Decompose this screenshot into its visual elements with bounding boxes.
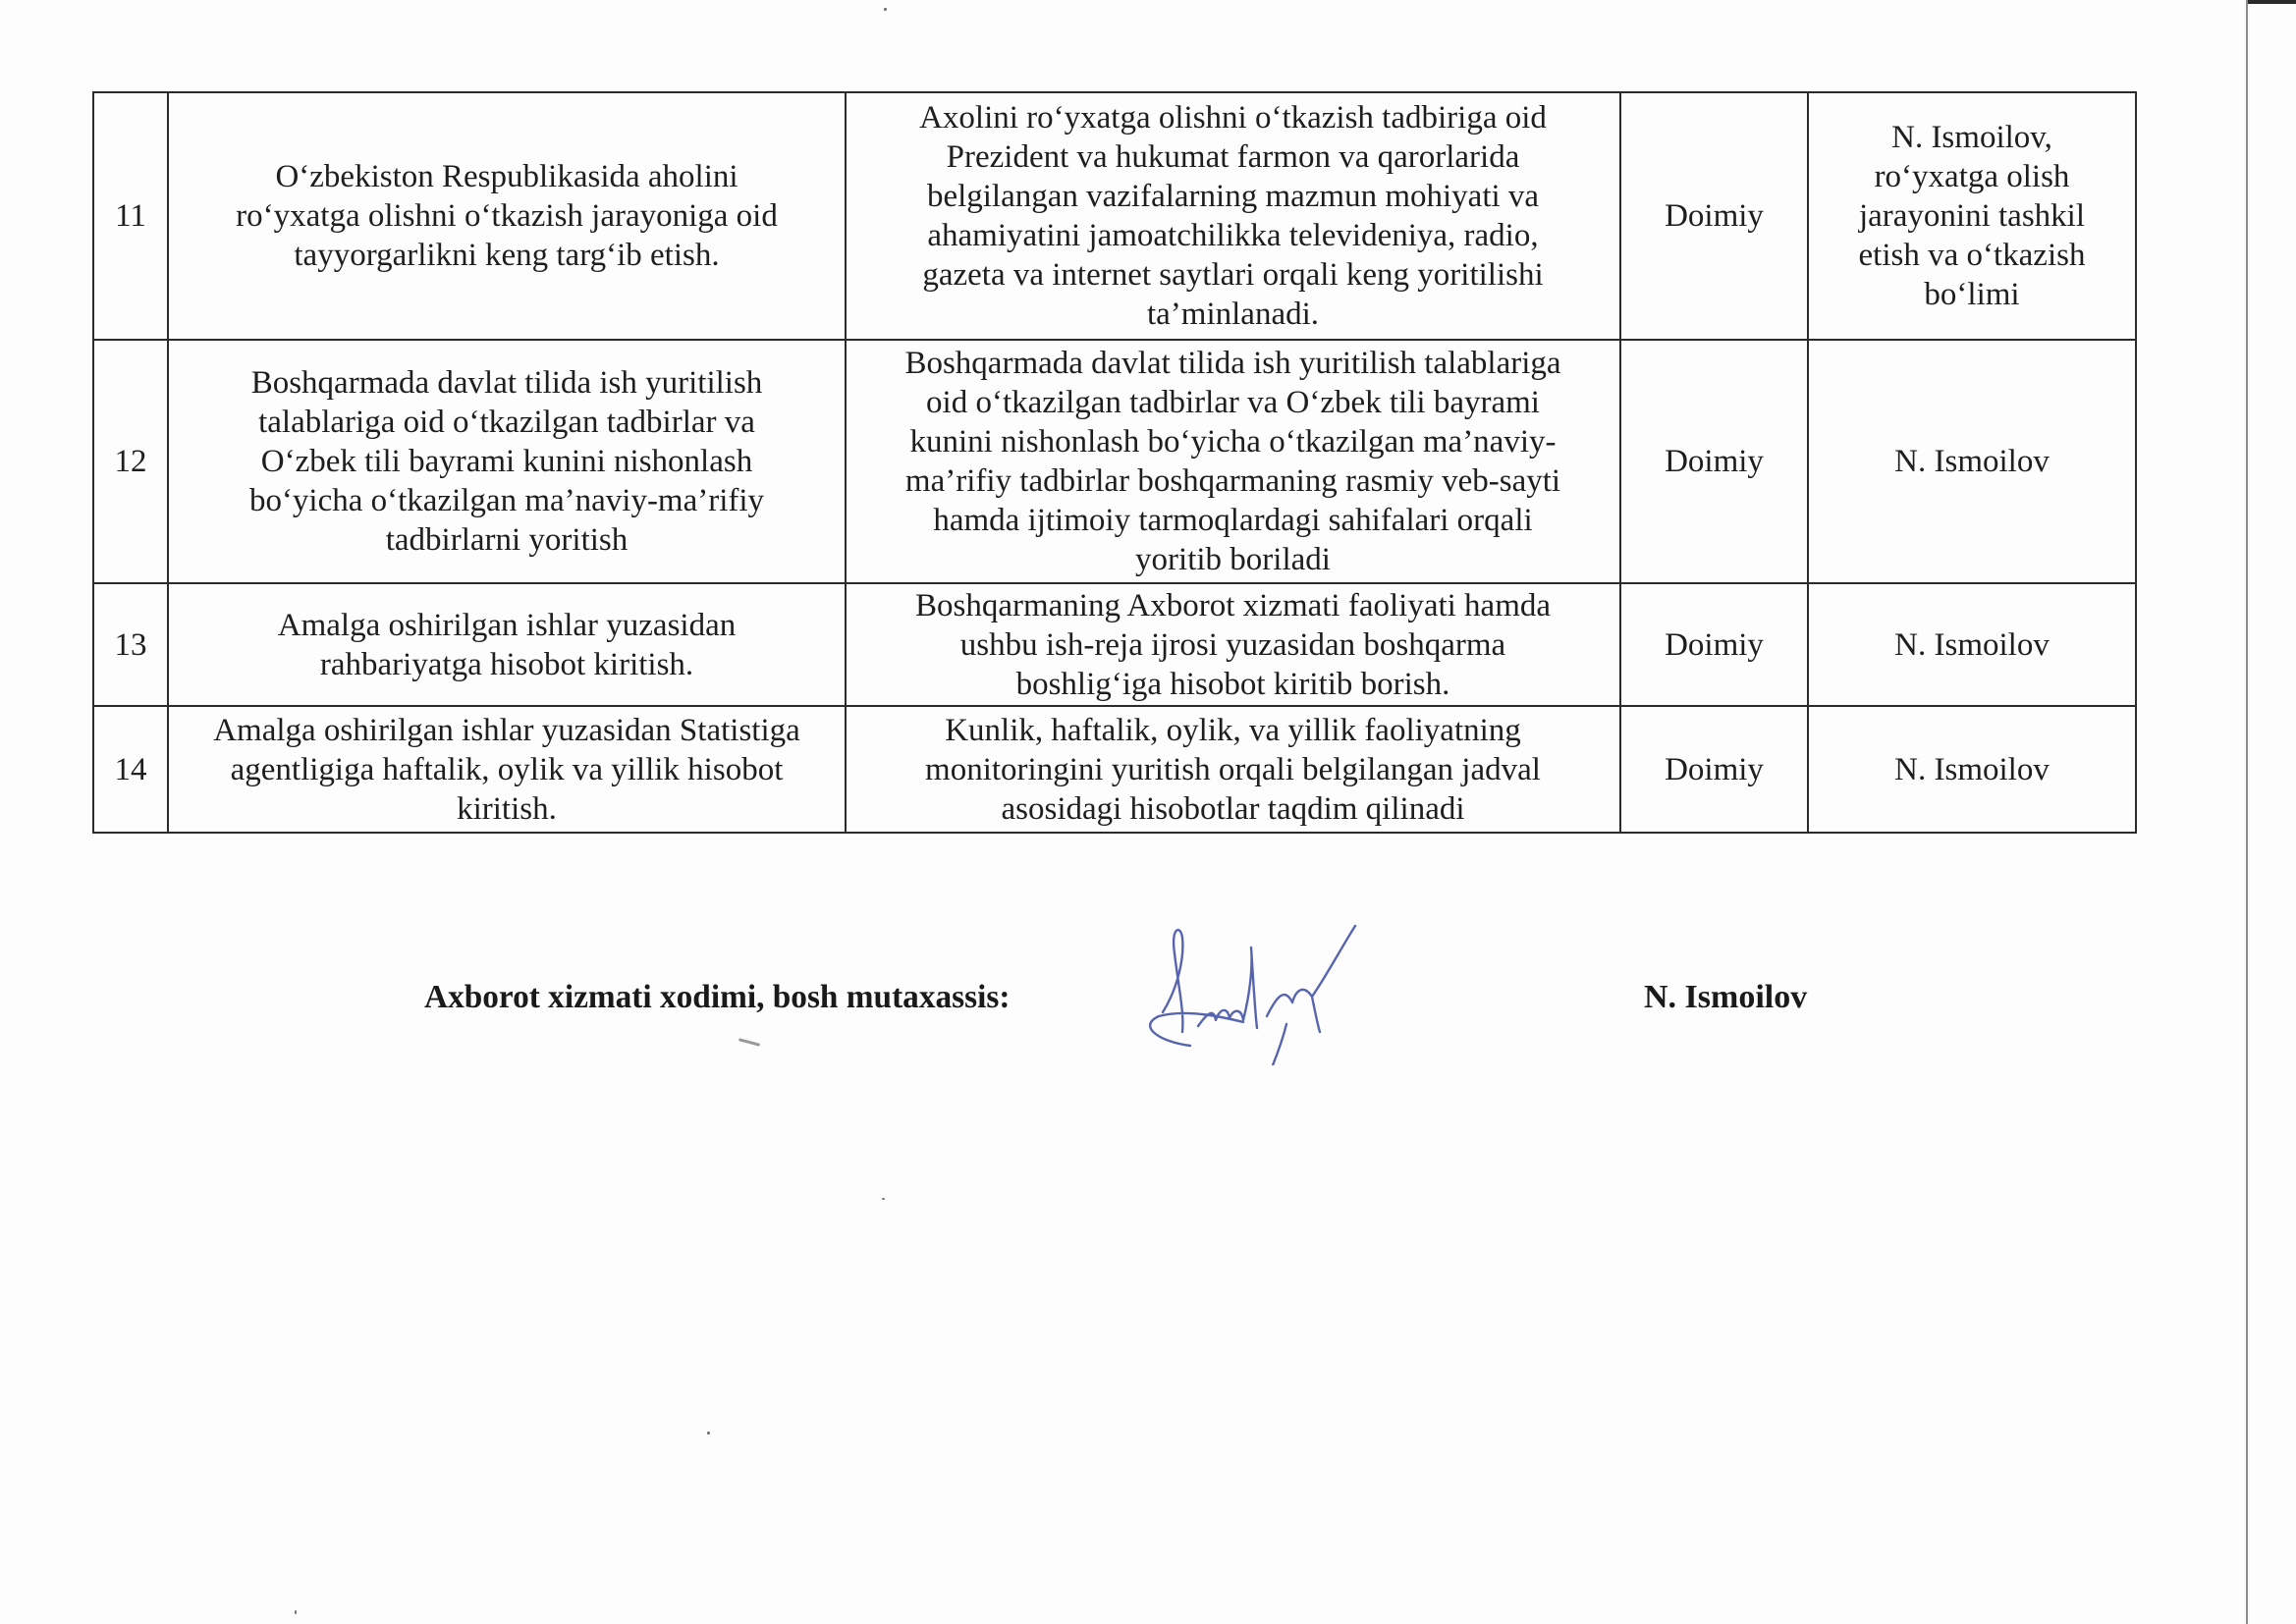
work-plan-table: 11 O‘zbekiston Respublikasida aholini ro… — [92, 91, 2137, 834]
task-cell: Amalga oshirilgan ishlar yuzasidan rahba… — [168, 583, 846, 706]
task-cell: Amalga oshirilgan ishlar yuzasidan Stati… — [168, 706, 846, 833]
table-row: 14 Amalga oshirilgan ishlar yuzasidan St… — [93, 706, 2136, 833]
table-row: 11 O‘zbekiston Respublikasida aholini ro… — [93, 92, 2136, 340]
scan-speck — [707, 1432, 710, 1435]
term-cell: Doimiy — [1620, 340, 1808, 583]
task-cell: O‘zbekiston Respublikasida aholini ro‘yx… — [168, 92, 846, 340]
result-cell: Boshqarmada davlat tilida ish yuritilish… — [846, 340, 1620, 583]
scan-speck — [738, 1038, 760, 1047]
table-row: 13 Amalga oshirilgan ishlar yuzasidan ra… — [93, 583, 2136, 706]
responsible-cell: N. Ismoilov — [1808, 340, 2136, 583]
result-cell: Kunlik, haftalik, oylik, va yillik faoli… — [846, 706, 1620, 833]
responsible-cell: N. Ismoilov — [1808, 583, 2136, 706]
responsible-cell: N. Ismoilov, ro‘yxatga olish jarayonini … — [1808, 92, 2136, 340]
term-cell: Doimiy — [1620, 583, 1808, 706]
result-cell: Boshqarmaning Axborot xizmati faoliyati … — [846, 583, 1620, 706]
signatory-position: Axborot xizmati xodimi, bosh mutaxassis: — [424, 979, 1010, 1016]
term-cell: Doimiy — [1620, 92, 1808, 340]
handwritten-signature-icon — [1120, 918, 1394, 1065]
scan-edge-line — [2246, 0, 2248, 1624]
term-cell: Doimiy — [1620, 706, 1808, 833]
table-row: 12 Boshqarmada davlat tilida ish yuritil… — [93, 340, 2136, 583]
task-cell: Boshqarmada davlat tilida ish yuritilish… — [168, 340, 846, 583]
scan-edge-mark — [2248, 0, 2296, 4]
row-number: 12 — [93, 340, 168, 583]
scan-speck — [882, 1198, 885, 1200]
signatory-name: N. Ismoilov — [1644, 979, 1807, 1016]
scan-speck — [884, 8, 887, 11]
result-cell: Axolini ro‘yxatga olishni o‘tkazish tadb… — [846, 92, 1620, 340]
row-number: 11 — [93, 92, 168, 340]
row-number: 13 — [93, 583, 168, 706]
row-number: 14 — [93, 706, 168, 833]
document-page: 11 O‘zbekiston Respublikasida aholini ro… — [0, 0, 2296, 1624]
responsible-cell: N. Ismoilov — [1808, 706, 2136, 833]
scan-speck — [295, 1610, 297, 1614]
